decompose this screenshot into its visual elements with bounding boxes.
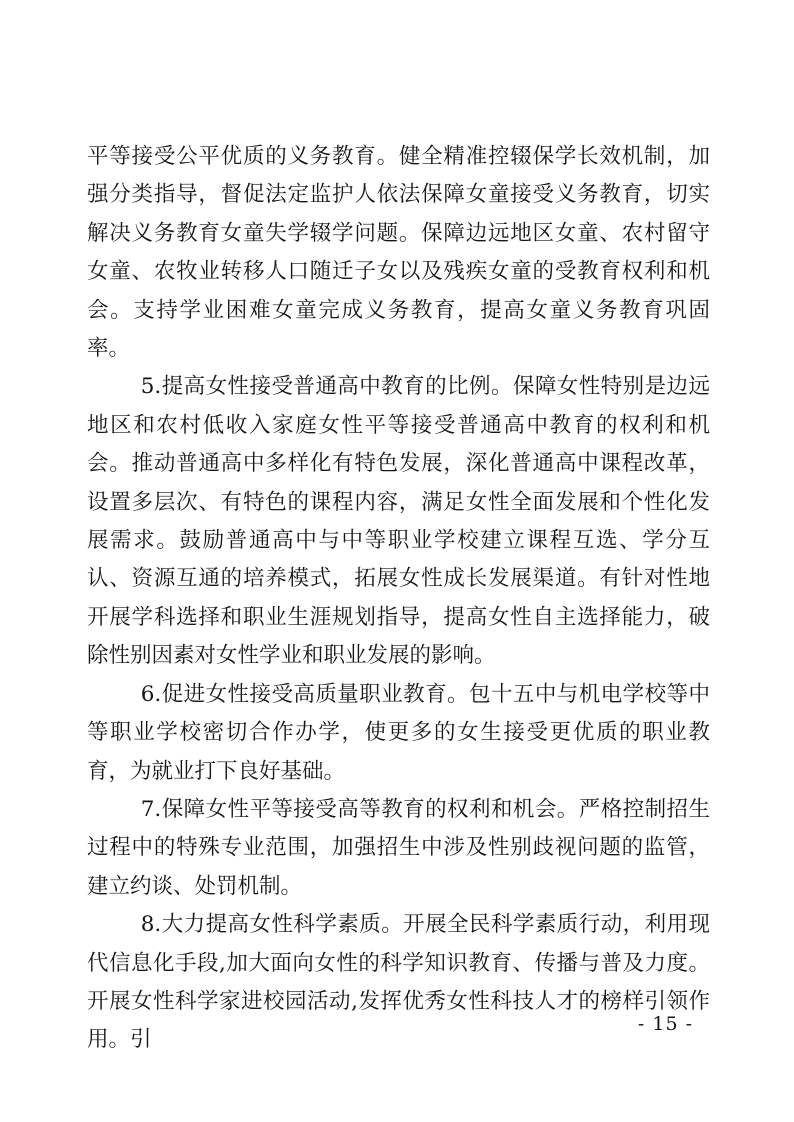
paragraph-item-8: 8.大力提高女性科学素质。开展全民科学素质行动，利用现代信息化手段,加大面向女性… (87, 906, 710, 1060)
document-page: 平等接受公平优质的义务教育。健全精准控辍保学长效机制，加强分类指导，督促法定监护… (0, 0, 794, 1122)
paragraph-continuation: 平等接受公平优质的义务教育。健全精准控辍保学长效机制，加强分类指导，督促法定监护… (87, 138, 710, 368)
paragraph-item-5: 5.提高女性接受普通高中教育的比例。保障女性特别是边远地区和农村低收入家庭女性平… (87, 368, 710, 675)
paragraph-item-6: 6.促进女性接受高质量职业教育。包十五中与机电学校等中等职业学校密切合作办学，使… (87, 676, 710, 791)
page-number: - 15 - (638, 1012, 693, 1036)
paragraph-item-7: 7.保障女性平等接受高等教育的权利和机会。严格控制招生过程中的特殊专业范围，加强… (87, 791, 710, 906)
page-body-text: 平等接受公平优质的义务教育。健全精准控辍保学长效机制，加强分类指导，督促法定监护… (87, 138, 710, 1060)
